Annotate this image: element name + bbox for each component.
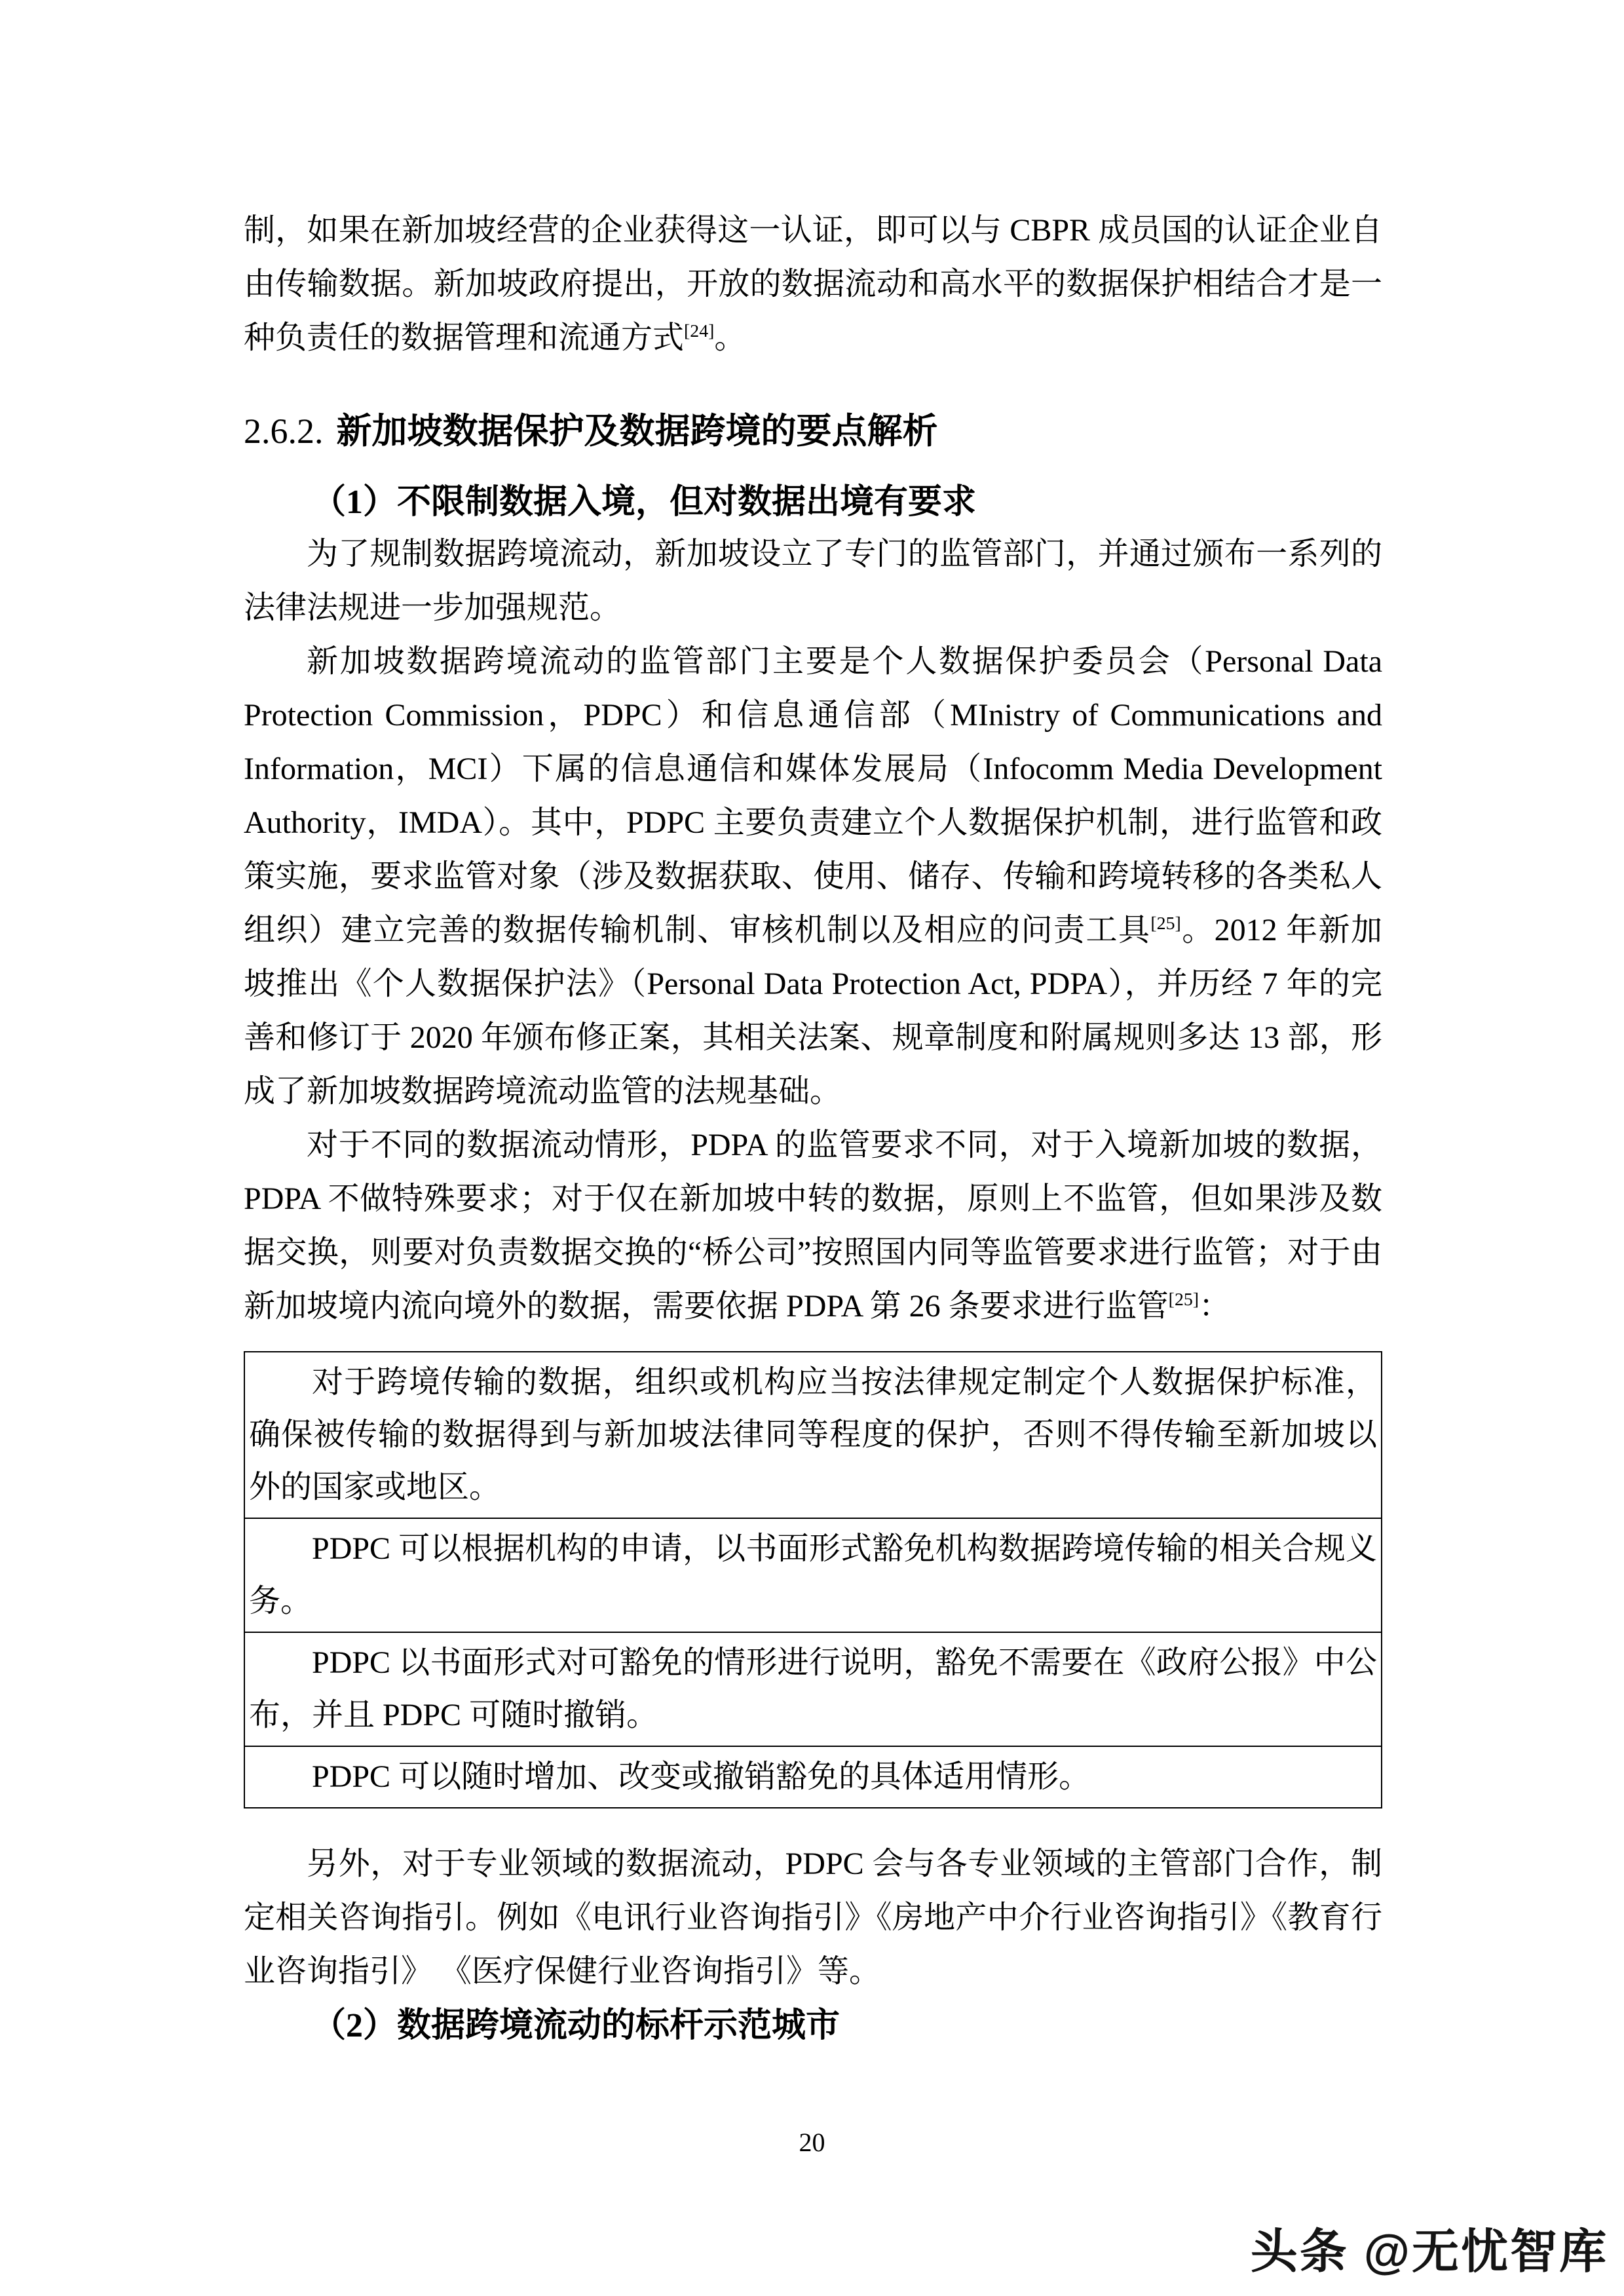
document-page: 制，如果在新加坡经营的企业获得这一认证，即可以与 CBPR 成员国的认证企业自由… [0,0,1624,2296]
subheading-1-data-entry-exit: （1）不限制数据入境，但对数据出境有要求 [244,478,1382,527]
subheading-2-benchmark-cities: （2）数据跨境流动的标杆示范城市 [244,2001,1382,2051]
paragraph-pdpa-requirements: 对于不同的数据流动情形，PDPA 的监管要求不同，对于入境新加坡的数据，PDPA… [244,1119,1382,1333]
table-row: PDPC 可以随时增加、改变或撤销豁免的具体适用情形。 [244,1746,1382,1808]
footnote-ref-25: [25] [1169,1290,1199,1310]
table-row: 对于跨境传输的数据，组织或机构应当按法律规定制定个人数据保护标准，确保被传输的数… [244,1352,1382,1518]
paragraph-text: ： [1199,1289,1230,1324]
footnote-ref-24: [24] [684,321,714,341]
paragraph-regulation-setup: 为了规制数据跨境流动，新加坡设立了专门的监管部门，并通过颁布一系列的法律法规进一… [244,527,1382,635]
section-number: 2.6.2. [244,411,324,451]
table-cell-provision-4: PDPC 可以随时增加、改变或撤销豁免的具体适用情形。 [244,1746,1382,1808]
table-row: PDPC 可以根据机构的申请，以书面形式豁免机构数据跨境传输的相关合规义务。 [244,1518,1382,1632]
paragraph-sector-guidelines: 另外，对于专业领域的数据流动，PDPC 会与各专业领域的主管部门合作，制定相关咨… [244,1837,1382,1999]
paragraph-regulators-pdpc: 新加坡数据跨境流动的监管部门主要是个人数据保护委员会（Personal Data… [244,635,1382,1119]
paragraph-text: 新加坡数据跨境流动的监管部门主要是个人数据保护委员会（Personal Data… [244,644,1382,947]
table-cell-provision-3: PDPC 以书面形式对可豁免的情形进行说明，豁免不需要在《政府公报》中公布，并且… [244,1632,1382,1746]
paragraph-text: 制，如果在新加坡经营的企业获得这一认证，即可以与 CBPR 成员国的认证企业自由… [244,213,1382,355]
table-row: PDPC 以书面形式对可豁免的情形进行说明，豁免不需要在《政府公报》中公布，并且… [244,1632,1382,1746]
section-heading-2-6-2: 2.6.2.新加坡数据保护及数据跨境的要点解析 [244,406,1382,456]
table-cell-provision-2: PDPC 可以根据机构的申请，以书面形式豁免机构数据跨境传输的相关合规义务。 [244,1518,1382,1632]
watermark-toutiao: 头条 @无忧智库 [1251,2213,1608,2282]
table-cell-provision-1: 对于跨境传输的数据，组织或机构应当按法律规定制定个人数据保护标准，确保被传输的数… [244,1352,1382,1518]
footnote-ref-25: [25] [1150,913,1180,934]
page-number: 20 [0,2127,1624,2158]
pdpa-article26-provisions-table: 对于跨境传输的数据，组织或机构应当按法律规定制定个人数据保护标准，确保被传输的数… [244,1351,1382,1808]
section-title: 新加坡数据保护及数据跨境的要点解析 [337,411,938,451]
page-content: 制，如果在新加坡经营的企业获得这一认证，即可以与 CBPR 成员国的认证企业自由… [244,204,1382,2051]
paragraph-cbpr-continuation: 制，如果在新加坡经营的企业获得这一认证，即可以与 CBPR 成员国的认证企业自由… [244,204,1382,365]
paragraph-text: 。 [714,320,746,355]
